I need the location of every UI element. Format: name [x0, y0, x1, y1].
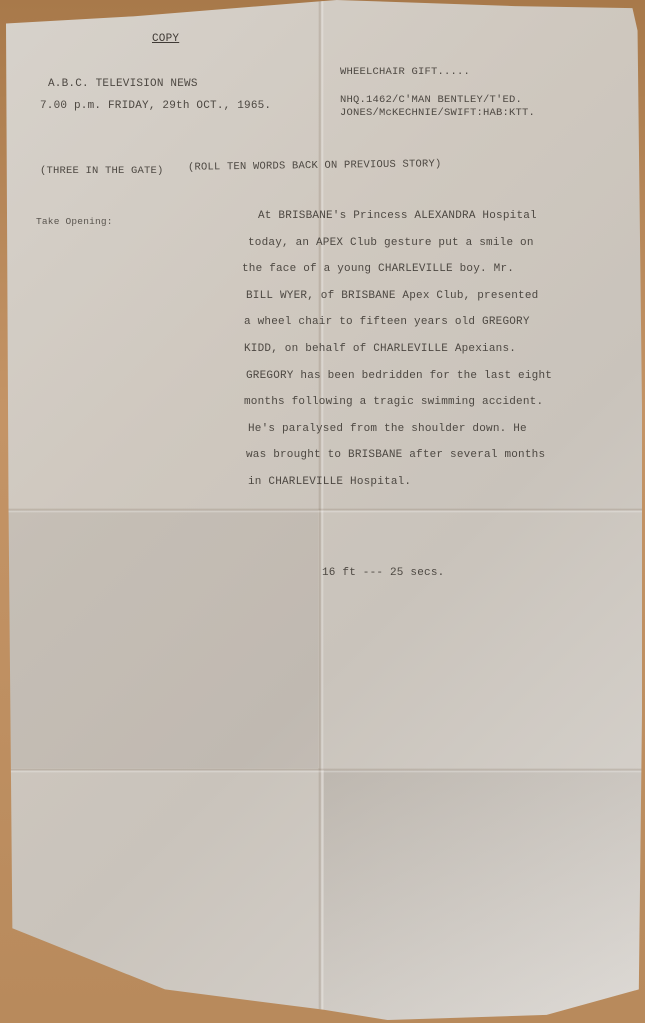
paper-shadow	[6, 510, 318, 768]
script-line: GREGORY has been bedridden for the last …	[246, 370, 552, 382]
typed-news-script-sheet	[6, 0, 642, 1020]
script-line: was brought to BRISBANE after several mo…	[246, 449, 545, 461]
production-cue: (THREE IN THE GATE)	[40, 165, 164, 177]
script-line: a wheel chair to fifteen years old GREGO…	[244, 316, 530, 328]
network-name: A.B.C. TELEVISION NEWS	[48, 78, 198, 90]
story-slug: WHEELCHAIR GIFT.....	[340, 66, 470, 78]
paper-shadow	[324, 770, 644, 1020]
script-line: He's paralysed from the shoulder down. H…	[248, 423, 527, 435]
fold-crease-horizontal	[6, 508, 642, 513]
script-line: At BRISBANE's Princess ALEXANDRA Hospita…	[258, 210, 537, 222]
script-line: in CHARLEVILLE Hospital.	[248, 476, 411, 488]
copy-label: COPY	[152, 33, 179, 45]
duration-note: 16 ft --- 25 secs.	[322, 567, 444, 579]
reference-line: NHQ.1462/C'MAN BENTLEY/T'ED.	[340, 94, 522, 106]
script-line: months following a tragic swimming accid…	[244, 396, 543, 408]
fold-crease-horizontal	[6, 768, 642, 773]
broadcast-date: 7.00 p.m. FRIDAY, 29th OCT., 1965.	[40, 100, 271, 112]
script-line: KIDD, on behalf of CHARLEVILLE Apexians.	[244, 343, 516, 355]
take-label: Take Opening:	[36, 216, 113, 227]
reference-line: JONES/McKECHNIE/SWIFT:HAB:KTT.	[340, 107, 535, 119]
script-line: today, an APEX Club gesture put a smile …	[248, 237, 534, 249]
script-line: the face of a young CHARLEVILLE boy. Mr.	[242, 263, 514, 275]
script-line: BILL WYER, of BRISBANE Apex Club, presen…	[246, 290, 538, 302]
